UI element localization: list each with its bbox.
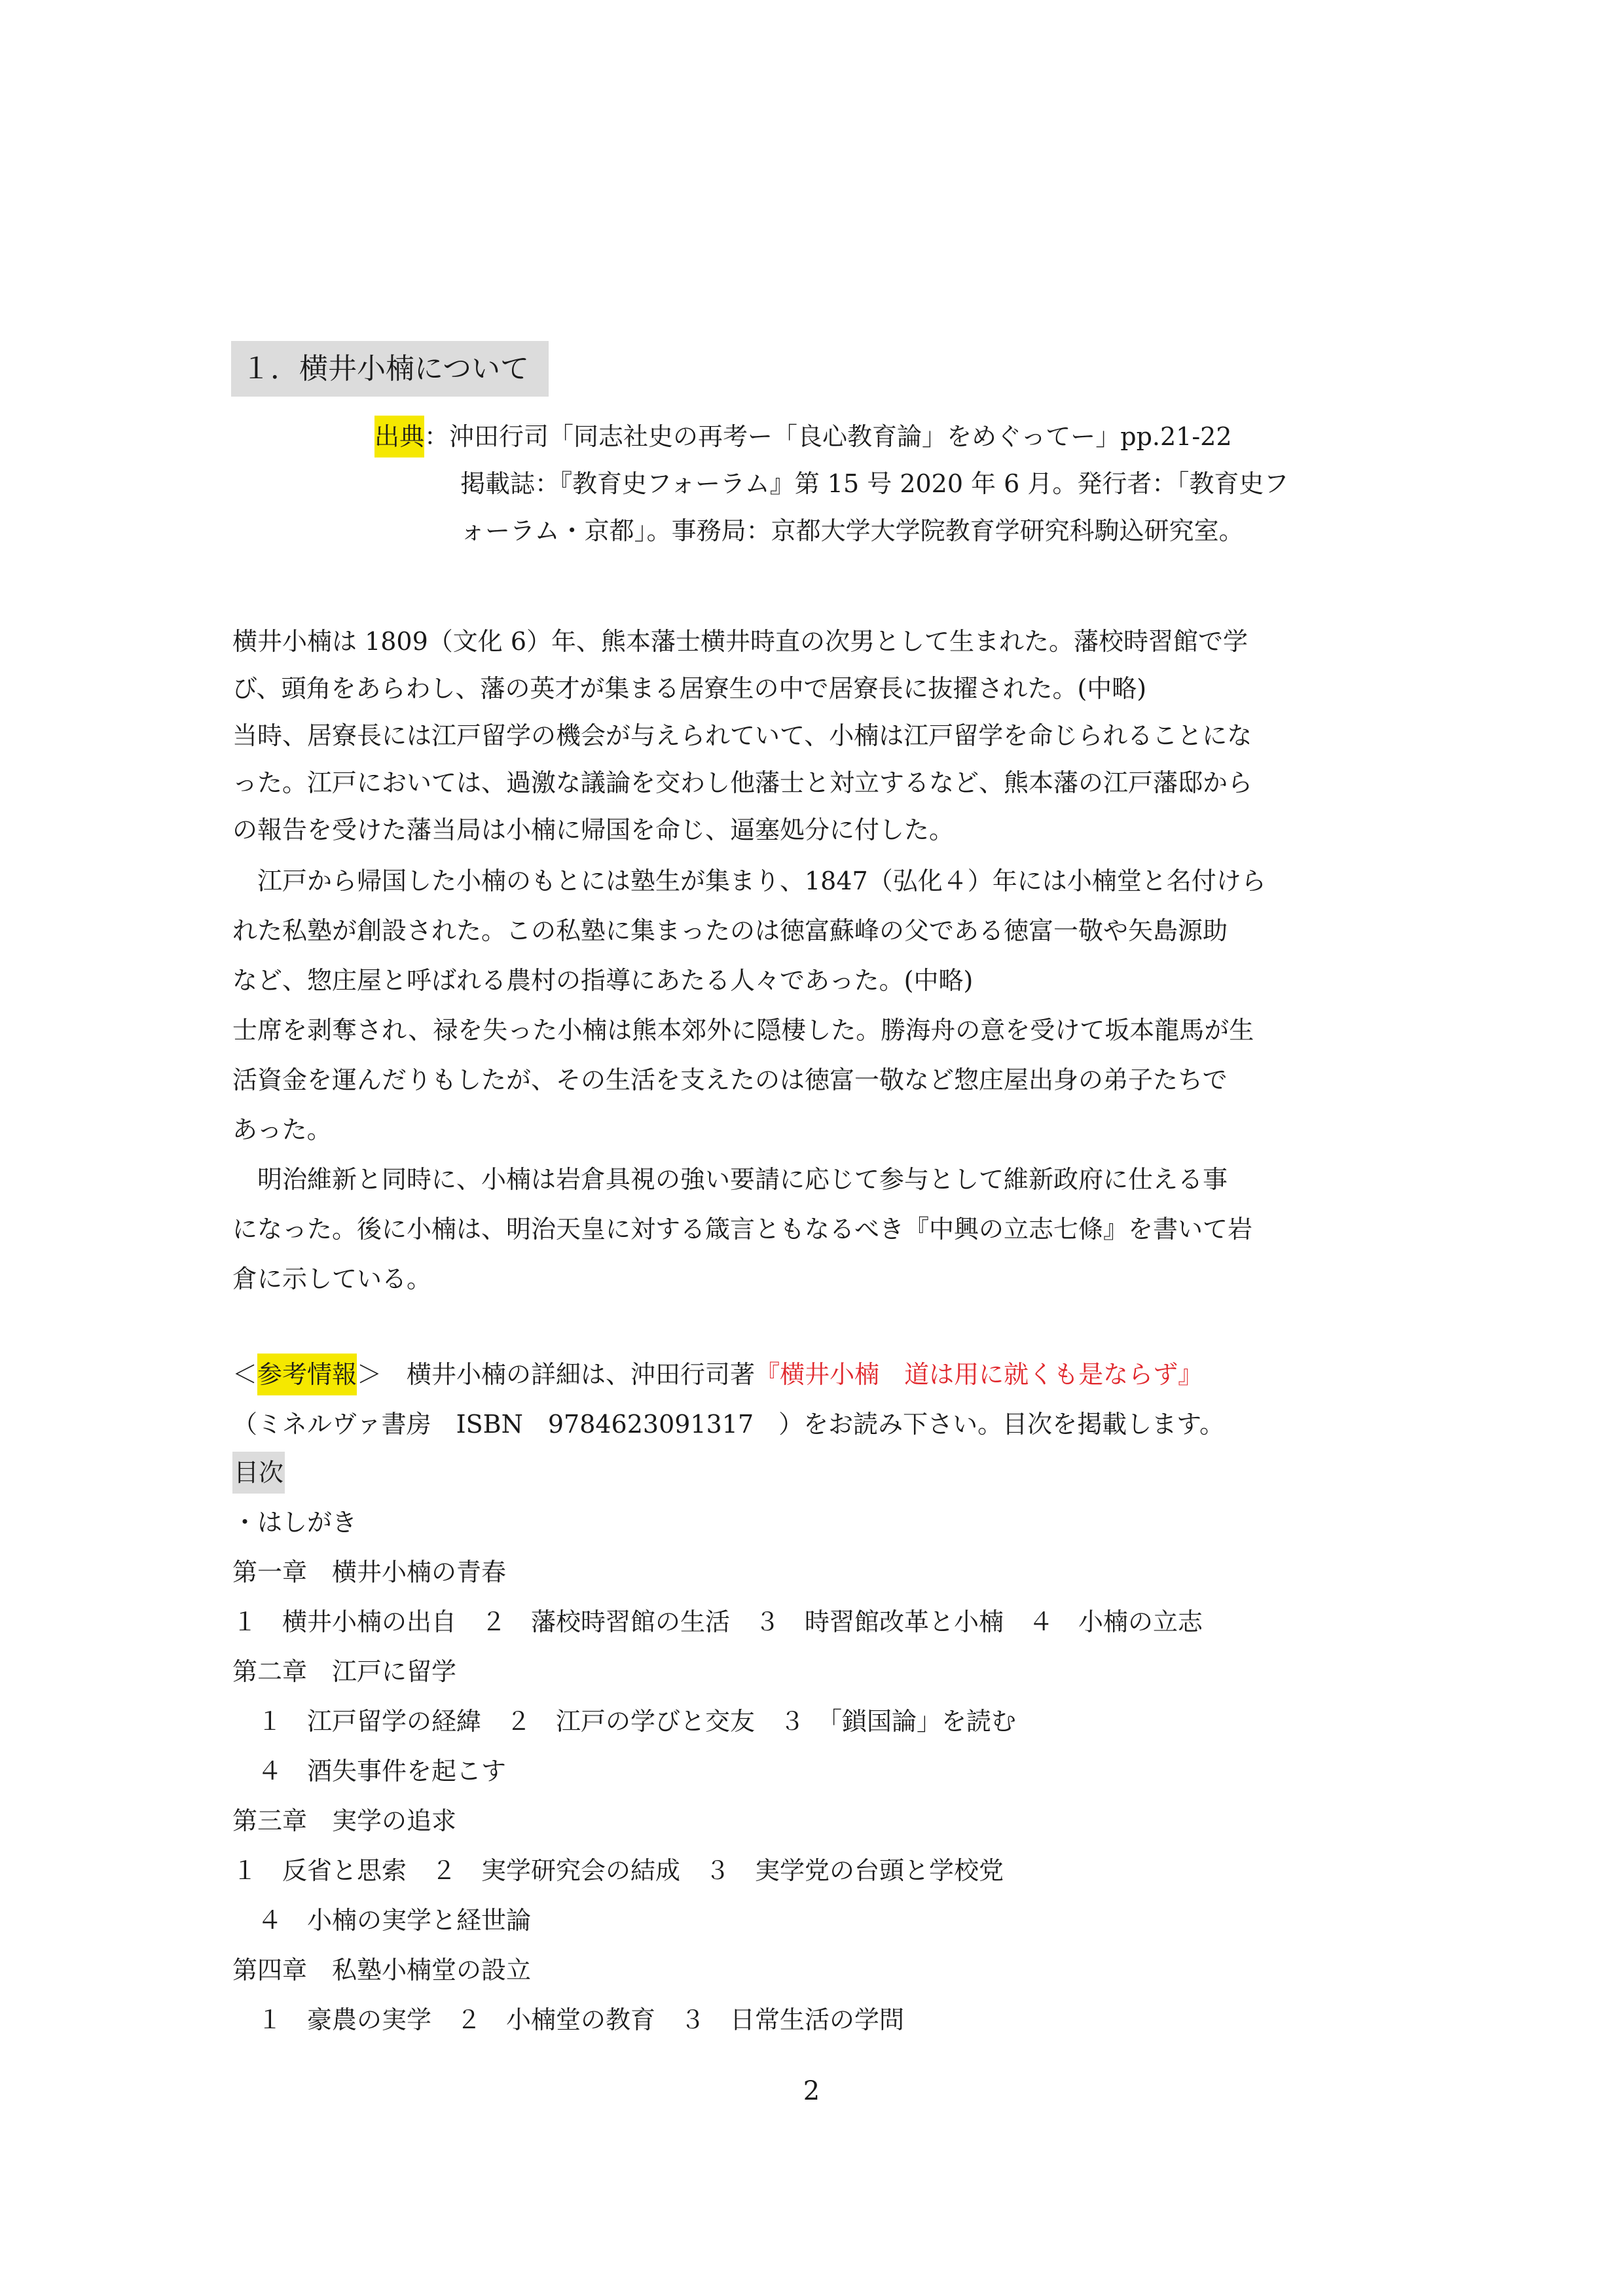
toc-item: １ 江戸留学の経緯 ２ 江戸の学びと交友 ３ 「鎖国論」を読む [232, 1702, 1016, 1741]
source-citation: ：沖田行司「同志社史の再考ー「良心教育論」をめぐってー」pp.21-22 [424, 422, 1232, 451]
body-line: 江戸から帰国した小楠のもとには塾生が集まり、1847（弘化４）年には小楠堂と名付… [232, 861, 1266, 901]
page-number: 2 [0, 2072, 1623, 2111]
source-line-1: 出典：沖田行司「同志社史の再考ー「良心教育論」をめぐってー」pp.21-22 [374, 417, 1232, 456]
source-line-2: 掲載誌：『教育史フォーラム』第 15 号 2020 年 6 月。発行者：「教育史… [460, 464, 1288, 503]
body-line: った。江戸においては、過激な議論を交わし他藩士と対立するなど、熊本藩の江戸藩邸か… [232, 763, 1252, 802]
body-line: 士席を剥奪され、禄を失った小楠は熊本郊外に隠棲した。勝海舟の意を受けて坂本龍馬が… [232, 1011, 1254, 1050]
book-title: 『横井小楠 道は用に就くも是ならず』 [755, 1360, 1203, 1389]
body-line: れた私塾が創設された。この私塾に集まったのは徳富蘇峰の父である徳富一敬や矢島源助 [232, 911, 1228, 950]
body-line: 当時、居寮長には江戸留学の機会が与えられていて、小楠は江戸留学を命じられることに… [232, 716, 1252, 755]
reference-line-1: ＜参考情報＞ 横井小楠の詳細は、沖田行司著『横井小楠 道は用に就くも是ならず』 [232, 1355, 1203, 1394]
source-line-3: ォーラム・京都」。事務局：京都大学大学院教育学研究科駒込研究室。 [460, 511, 1244, 550]
body-line: び、頭角をあらわし、藩の英才が集まる居寮生の中で居寮長に抜擢された。(中略) [232, 669, 1146, 708]
toc-item: １ 横井小楠の出自 ２ 藩校時習館の生活 ３ 時習館改革と小楠 ４ 小楠の立志 [232, 1602, 1203, 1641]
toc-chapter: 第二章 江戸に留学 [232, 1652, 456, 1691]
section-heading: １．横井小楠について [231, 341, 549, 397]
toc-item: １ 豪農の実学 ２ 小楠堂の教育 ３ 日常生活の学問 [232, 2000, 904, 2039]
source-label: 出典 [374, 416, 424, 457]
document-page: １．横井小楠について 出典：沖田行司「同志社史の再考ー「良心教育論」をめぐってー… [0, 0, 1623, 2296]
body-line: の報告を受けた藩当局は小楠に帰国を命じ、逼塞処分に付した。 [232, 810, 954, 850]
toc-label: 目次 [232, 1452, 285, 1494]
body-line: 活資金を運んだりもしたが、その生活を支えたのは徳富一敬など惣庄屋出身の弟子たちで [232, 1060, 1228, 1100]
reference-text: 横井小楠の詳細は、沖田行司著 [382, 1360, 755, 1389]
body-line: あった。 [232, 1110, 332, 1149]
body-line: 倉に示している。 [232, 1259, 431, 1299]
reference-bracket-open: ＜ [232, 1360, 257, 1389]
toc-item: ４ 小楠の実学と経世論 [232, 1901, 531, 1940]
toc-chapter: 第三章 実学の追求 [232, 1801, 456, 1840]
toc-item: ４ 酒失事件を起こす [232, 1751, 506, 1791]
body-line: になった。後に小楠は、明治天皇に対する箴言ともなるべき『中興の立志七條』を書いて… [232, 1210, 1252, 1249]
reference-bracket-close: ＞ [357, 1360, 382, 1389]
reference-line-2: （ミネルヴァ書房 ISBN 9784623091317 ）をお読み下さい。目次を… [232, 1405, 1224, 1444]
toc-label-line: 目次 [232, 1453, 285, 1492]
toc-item: １ 反省と思索 ２ 実学研究会の結成 ３ 実学党の台頭と学校党 [232, 1851, 1004, 1890]
toc-chapter: 第一章 横井小楠の青春 [232, 1552, 506, 1592]
body-line: 明治維新と同時に、小楠は岩倉具視の強い要請に応じて参与として維新政府に仕える事 [232, 1160, 1228, 1199]
body-line: など、惣庄屋と呼ばれる農村の指導にあたる人々であった。(中略) [232, 961, 973, 1000]
reference-label: 参考情報 [257, 1354, 357, 1395]
toc-item: ・はしがき [232, 1503, 357, 1542]
toc-chapter: 第四章 私塾小楠堂の設立 [232, 1950, 531, 1990]
body-line: 横井小楠は 1809（文化 6）年、熊本藩士横井時直の次男として生まれた。藩校時… [232, 622, 1248, 661]
